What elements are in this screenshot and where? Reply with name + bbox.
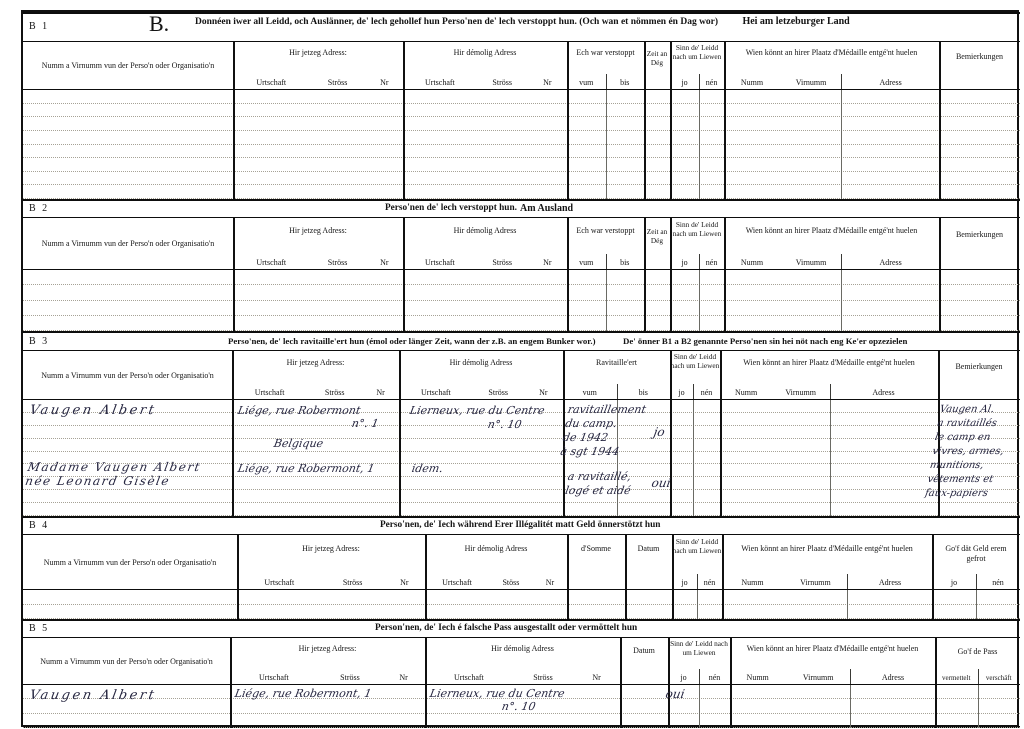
section-b4-titlebar: B 4 Perso'nen, de' Iech während Erer Ill…	[23, 518, 1020, 535]
col-header-demolig: Hir démolig Adress	[399, 358, 563, 368]
col-header-verstoppt: Ech war verstoppt	[567, 48, 644, 58]
column-divider	[237, 590, 239, 619]
table-row	[23, 145, 1020, 159]
subcol-nr: Nr	[573, 673, 620, 682]
column-divider	[670, 270, 672, 331]
column-divider	[699, 90, 700, 199]
table-row	[23, 131, 1020, 145]
subcol-urtschaft: Urtschaft	[230, 673, 318, 682]
entry-line: le camp en	[934, 431, 1008, 445]
section-title: Person'nen, de' Iech é falsche Pass ausg…	[375, 623, 637, 633]
column-divider	[672, 590, 674, 619]
subheader-row: vum bis	[567, 78, 644, 87]
subcol-virnumm: Virnumm	[780, 78, 842, 87]
column-divider	[403, 270, 405, 331]
entry-current-address: Liége, rue Robermont, 1	[234, 687, 373, 701]
col-header-somme: d'Somme	[567, 544, 625, 554]
column-divider	[567, 270, 569, 331]
subcol-verschaft: verschäft	[978, 674, 1021, 682]
section-b5: B 5 Person'nen, de' Iech é falsche Pass …	[23, 619, 1020, 728]
col-header-jetzeg: Hir jetzeg Adress:	[233, 226, 403, 236]
column-divider	[399, 400, 401, 516]
subcol-urtschaft: Urtschaft	[403, 78, 477, 87]
section-title: Perso'nen de' lech verstoppt hun.	[385, 203, 517, 213]
subcol-stross: Ströss	[322, 578, 384, 587]
entry-ravitaillement-period: ravitaillement du camp. de 1942 à sgt 19…	[559, 403, 647, 459]
col-header-wien: Wien könnt an hirer Plaatz d'Médaille en…	[724, 226, 939, 236]
subcol-nen: nén	[697, 578, 722, 587]
entry-ravitaillement-note: a ravitaillé, logé et aidé	[564, 470, 634, 498]
table-row	[23, 316, 1020, 331]
entry-former-address: Lierneux, rue du Centre	[409, 404, 546, 418]
column-divider	[976, 590, 977, 619]
col-header-name: Numm a Virnumm vun der Perso'n oder Orga…	[27, 61, 229, 71]
col-header-bemierkungen: Bemierkungen	[939, 52, 1020, 62]
section-b3: B 3 Perso'nen, de' lech ravitaille'ert h…	[23, 331, 1020, 516]
subcol-urtschaft: Urtschaft	[233, 258, 310, 267]
col-header-gof-geld: Go'f dät Geld erem gefrot	[932, 544, 1020, 563]
col-header-name: Numm a Virnumm vun der Perso'n oder Orga…	[27, 371, 228, 381]
subcol-numm: Numm	[730, 673, 785, 682]
col-header-zeit: Zeit an Dég	[644, 50, 670, 67]
col-header-ravitailleert: Ravitaille'ert	[563, 358, 670, 368]
subcol-bis: bis	[606, 258, 645, 267]
subcol-urtschaft: Urtschaft	[425, 673, 513, 682]
subcol-stross: Ströss	[310, 78, 366, 87]
table-row	[23, 301, 1020, 316]
subcol-adress: Adress	[842, 258, 939, 267]
section-title: Perso'nen, de' Iech während Erer Illégal…	[380, 520, 660, 530]
section-letter: B.	[149, 11, 169, 37]
section-label: B 5	[29, 623, 49, 634]
subcol-vum: vum	[567, 258, 606, 267]
subheader-row: jo nén	[670, 78, 724, 87]
table-row	[23, 605, 1020, 620]
column-divider	[403, 90, 405, 199]
col-header-name: Numm a Virnumm vun der Perso'n oder Orga…	[27, 558, 233, 568]
col-header-datum: Datum	[620, 646, 668, 656]
subheader-row: Urtschaft Ströss Nr	[403, 258, 567, 267]
subcol-jo: jo	[672, 578, 697, 587]
entry-line: logé et aidé	[564, 484, 632, 498]
col-header-wien: Wien könnt an hirer Plaatz d'Médaille en…	[720, 358, 938, 368]
subcol-virnumm: Virnumm	[783, 578, 848, 587]
column-divider	[697, 590, 698, 619]
subcol-nr: Nr	[528, 78, 567, 87]
col-header-sinn: Sinn de' Leidd nach um Liewen	[670, 221, 724, 238]
table-row	[23, 104, 1020, 118]
column-divider	[730, 685, 732, 728]
column-divider	[847, 590, 848, 619]
column-divider	[978, 685, 979, 728]
col-header-sinn: Sinn de' Leidd nach um Liewen	[672, 538, 722, 555]
subcol-numm: Numm	[724, 258, 780, 267]
col-header-wien: Wien könnt an hirer Plaatz d'Médaille en…	[730, 644, 935, 654]
subcol-stross: Ströss	[513, 673, 573, 682]
entry-line: vivres, armes,	[931, 445, 1005, 459]
subcol-vum: vum	[567, 78, 606, 87]
subcol-urtschaft: Urtschaft	[425, 578, 489, 587]
column-divider	[939, 90, 941, 199]
subcol-stross: Ströss	[477, 258, 528, 267]
entry-former-address: idem.	[411, 462, 444, 476]
subcol-stross: Ströss	[307, 388, 362, 397]
entry-line: faux-papiers	[924, 487, 998, 501]
subcol-numm: Numm	[720, 388, 772, 397]
subheader-row: Urtschaft Ströss Nr	[233, 258, 403, 267]
entry-line: munitions,	[929, 459, 1003, 473]
table-row	[23, 439, 1020, 452]
entry-current-address-country: Belgique	[273, 437, 325, 451]
entry-current-address-nr: n°. 1	[351, 417, 380, 431]
table-row	[23, 490, 1020, 503]
column-divider	[606, 90, 607, 199]
entry-line: ravitaillement	[567, 403, 648, 417]
section-b1: B 1 B. Donnéen iwer all Leidd, och Auslä…	[23, 12, 1020, 199]
table-row	[23, 185, 1020, 199]
col-header-sinn: Sinn de' Leidd nach um Liewen	[670, 353, 720, 370]
subcol-nr: Nr	[382, 673, 425, 682]
column-divider	[699, 270, 700, 331]
col-header-sinn: Sinn de' Leidd nach um Liewen	[668, 640, 730, 657]
subcol-stross: Ströss	[310, 258, 366, 267]
subcol-jo: jo	[670, 388, 693, 397]
col-header-jetzeg: Hir jetzeg Adress:	[232, 358, 399, 368]
subcol-jo: jo	[670, 78, 699, 87]
section-b4-body	[23, 590, 1020, 619]
subcol-urtschaft: Urtschaft	[232, 388, 307, 397]
column-divider	[724, 90, 726, 199]
subcol-urtschaft: Urtschaft	[399, 388, 473, 397]
entry-name: Madame Vaugen Albert née Leonard Gisèle	[24, 460, 202, 488]
subheader-row: jo nén	[668, 673, 730, 682]
section-b1-body	[23, 90, 1020, 199]
subheader-row: jo nén	[672, 578, 722, 587]
title-bold: Hei am letzeburger Land	[742, 16, 849, 27]
subheader-row: Urtschaft Ströss Nr	[403, 78, 567, 87]
section-b2-titlebar: B 2 Perso'nen de' lech verstoppt hun. Am…	[23, 201, 1020, 218]
subcol-nr: Nr	[362, 388, 399, 397]
section-b3-header: Numm a Virnumm vun der Perso'n oder Orga…	[23, 351, 1020, 400]
subcol-adress: Adress	[848, 578, 932, 587]
column-divider	[670, 90, 672, 199]
subcol-stross: Ströss	[318, 673, 382, 682]
section-b4: B 4 Perso'nen, de' Iech während Erer Ill…	[23, 516, 1020, 619]
column-divider	[830, 400, 831, 516]
column-divider	[425, 590, 427, 619]
col-header-demolig: Hir démolig Adress	[425, 544, 567, 554]
section-b2-body	[23, 270, 1020, 331]
section-label: B 2	[29, 203, 49, 214]
entry-alive-answer: oui	[651, 476, 672, 490]
column-divider	[567, 590, 569, 619]
subcol-virnumm: Virnumm	[785, 673, 851, 682]
subcol-urtschaft: Urtschaft	[403, 258, 477, 267]
column-divider	[567, 90, 569, 199]
subcol-nr: Nr	[533, 578, 567, 587]
column-divider	[425, 685, 427, 728]
subcol-urtschaft: Urtschaft	[237, 578, 322, 587]
col-header-bemierkungen: Bemierkungen	[938, 362, 1020, 372]
subcol-stross: Stöss	[489, 578, 533, 587]
column-divider	[230, 685, 232, 728]
col-header-name: Numm a Virnumm vun der Perso'n oder Orga…	[27, 657, 226, 667]
subcol-bis: bis	[617, 388, 671, 397]
entry-alive-answer: oui	[665, 687, 686, 701]
column-divider	[722, 590, 724, 619]
subcol-nr: Nr	[366, 258, 403, 267]
column-divider	[841, 90, 842, 199]
column-divider	[699, 685, 700, 728]
column-divider	[932, 590, 934, 619]
subcol-nr: Nr	[524, 388, 563, 397]
subheader-row: Urtschaft Ströss Nr	[237, 578, 425, 587]
column-divider	[850, 685, 851, 728]
subheader-row: Numm Virnumm Adress	[720, 388, 938, 397]
column-divider	[233, 90, 235, 199]
section-title-2: De' önner B1 a B2 genannte Perso'nen sin…	[623, 336, 907, 346]
column-divider	[939, 218, 941, 269]
section-b3-titlebar: B 3 Perso'nen, de' lech ravitaille'ert h…	[23, 333, 1020, 351]
section-title: Donnéen iwer all Leidd, och Auslänner, d…	[195, 16, 850, 28]
column-divider	[620, 638, 622, 684]
subheader-row: Numm Virnumm Adress	[730, 673, 935, 682]
subheader-row: vermettelt verschäft	[935, 674, 1020, 682]
col-header-verstoppt: Ech war verstoppt	[567, 226, 644, 236]
section-b1-titlebar: B 1 B. Donnéen iwer all Leidd, och Auslä…	[23, 14, 1020, 42]
col-header-jetzeg: Hir jetzeg Adress:	[237, 544, 425, 554]
section-b1-header: Numm a Virnumm vun der Perso'n oder Orga…	[23, 42, 1020, 90]
column-divider	[939, 42, 941, 89]
column-divider	[606, 270, 607, 331]
subcol-nen: nén	[699, 78, 724, 87]
scanned-form-page: B 1 B. Donnéen iwer all Leidd, och Auslä…	[0, 0, 1024, 729]
column-divider	[938, 351, 940, 399]
subcol-nr: Nr	[528, 258, 567, 267]
column-divider	[620, 685, 622, 728]
col-header-name: Numm a Virnumm vun der Perso'n oder Orga…	[27, 239, 229, 249]
column-divider	[935, 685, 937, 728]
subheader-row: jo nén	[670, 388, 720, 397]
table-row	[23, 590, 1020, 605]
section-label: B 4	[29, 520, 49, 531]
subheader-row: Urtschaft Stöss Nr	[425, 578, 567, 587]
subcol-stross: Ströss	[477, 78, 528, 87]
section-b5-header: Numm a Virnumm vun der Perso'n oder Orga…	[23, 638, 1020, 685]
entry-line: du camp.	[564, 417, 645, 431]
entry-line: à sgt 1944	[559, 445, 640, 459]
column-divider	[693, 400, 694, 516]
col-header-demolig: Hir démolig Adress	[403, 226, 567, 236]
entry-former-address: Lierneux, rue du Centre	[429, 687, 566, 701]
col-header-zeit: Zeit an Dég	[644, 228, 670, 245]
subcol-vermettelt: vermettelt	[935, 674, 978, 682]
entry-line: a ravitaillé,	[567, 470, 635, 484]
subcol-urtschaft: Urtschaft	[233, 78, 310, 87]
col-header-jetzeg: Hir jetzeg Adress:	[230, 644, 425, 654]
subcol-bis: bis	[606, 78, 645, 87]
section-b5-titlebar: B 5 Person'nen, de' Iech é falsche Pass …	[23, 621, 1020, 638]
table-row	[23, 503, 1020, 516]
subcol-virnumm: Virnumm	[780, 258, 842, 267]
section-b5-body: Vaugen Albert Liége, rue Robermont, 1 Li…	[23, 685, 1020, 728]
column-divider	[724, 270, 726, 331]
subheader-row: Urtschaft Ströss Nr	[230, 673, 425, 682]
entry-current-address: Liége, rue Robermont, 1	[237, 462, 376, 476]
subcol-adress: Adress	[842, 78, 939, 87]
entry-line: a ravitaillés	[936, 417, 1010, 431]
subcol-nen: nén	[699, 673, 730, 682]
table-row	[23, 117, 1020, 131]
column-divider	[670, 400, 672, 516]
subcol-nen: nén	[976, 578, 1020, 587]
table-row	[23, 172, 1020, 186]
title-line1: Donnéen iwer all Leidd, och Auslänner, d…	[195, 17, 440, 27]
column-divider	[232, 400, 234, 516]
entry-line: vêtements et	[926, 473, 1000, 487]
table-row	[23, 285, 1020, 300]
table-row	[23, 90, 1020, 104]
entry-line: Madame Vaugen Albert	[27, 460, 203, 474]
column-divider	[939, 270, 941, 331]
section-label: B 3	[29, 336, 49, 347]
entry-current-address: Liége, rue Robermont	[237, 404, 362, 418]
column-divider	[233, 270, 235, 331]
subheader-row: Numm Virnumm Adress	[724, 258, 939, 267]
subcol-stross: Ströss	[473, 388, 524, 397]
col-header-wien: Wien könnt an hirer Plaatz d'Médaille en…	[724, 48, 939, 58]
subheader-row: Numm Virnumm Adress	[722, 578, 932, 587]
subheader-row: vum bis	[567, 258, 644, 267]
subcol-virnumm: Virnumm	[772, 388, 829, 397]
section-label: B 1	[29, 21, 49, 32]
table-row	[23, 270, 1020, 285]
subcol-numm: Numm	[722, 578, 783, 587]
subheader-row: Urtschaft Ströss Nr	[232, 388, 399, 397]
section-b2: B 2 Perso'nen de' lech verstoppt hun. Am…	[23, 199, 1020, 331]
column-divider	[720, 400, 722, 516]
col-header-demolig: Hir démolig Adress	[403, 48, 567, 58]
entry-name: Vaugen Albert	[29, 404, 158, 418]
table-row	[23, 158, 1020, 172]
entry-name: Vaugen Albert	[29, 689, 158, 703]
subheader-row: jo nén	[932, 578, 1020, 587]
subcol-nr: Nr	[384, 578, 425, 587]
subcol-jo: jo	[932, 578, 976, 587]
section-b4-header: Numm a Virnumm vun der Perso'n oder Orga…	[23, 535, 1020, 590]
subcol-adress: Adress	[851, 673, 935, 682]
col-header-sinn: Sinn de' Leidd nach um Liewen	[670, 44, 724, 61]
subcol-nen: nén	[699, 258, 724, 267]
entry-former-address-nr: n°. 10	[501, 700, 537, 714]
entry-line: de 1942	[562, 431, 643, 445]
subcol-jo: jo	[670, 258, 699, 267]
col-header-datum: Datum	[625, 544, 672, 554]
entry-line: née Leonard Gisèle	[24, 474, 200, 488]
subcol-numm: Numm	[724, 78, 780, 87]
entry-former-address-nr: n°. 10	[487, 418, 523, 432]
subheader-row: Urtschaft Ströss Nr	[233, 78, 403, 87]
column-divider	[644, 90, 646, 199]
section-b2-header: Numm a Virnumm vun der Perso'n oder Orga…	[23, 218, 1020, 270]
subheader-row: Urtschaft Ströss Nr	[425, 673, 620, 682]
col-header-wien: Wien könnt an hirer Plaatz d'Médaille en…	[722, 544, 932, 554]
subheader-row: vum bis	[563, 388, 670, 397]
title-bold: Am Ausland	[520, 203, 573, 214]
subheader-row: jo nén	[670, 258, 724, 267]
table-row	[23, 426, 1020, 439]
col-header-gof-pass: Go'f de Pass	[935, 647, 1020, 657]
subcol-nr: Nr	[366, 78, 403, 87]
section-b3-body: Vaugen Albert Liége, rue Robermont n°. 1…	[23, 400, 1020, 516]
section-title: Perso'nen, de' lech ravitaille'ert hun (…	[228, 336, 596, 346]
col-header-bemierkungen: Bemierkungen	[939, 230, 1020, 240]
subcol-nen: nén	[693, 388, 720, 397]
title-line2: Perso'nen de' lech verstoppt hun. (Och w…	[442, 17, 718, 27]
column-divider	[625, 590, 627, 619]
subcol-jo: jo	[668, 673, 699, 682]
column-divider	[644, 270, 646, 331]
col-header-demolig: Hir démolig Adress	[425, 644, 620, 654]
col-header-jetzeg: Hir jetzeg Adress:	[233, 48, 403, 58]
subheader-row: Urtschaft Ströss Nr	[399, 388, 563, 397]
subcol-vum: vum	[563, 388, 617, 397]
subcol-adress: Adress	[829, 388, 938, 397]
subheader-row: Numm Virnumm Adress	[724, 78, 939, 87]
entry-line: Vaugen Al.	[939, 403, 1013, 417]
table-row	[23, 714, 1020, 728]
column-divider	[841, 270, 842, 331]
